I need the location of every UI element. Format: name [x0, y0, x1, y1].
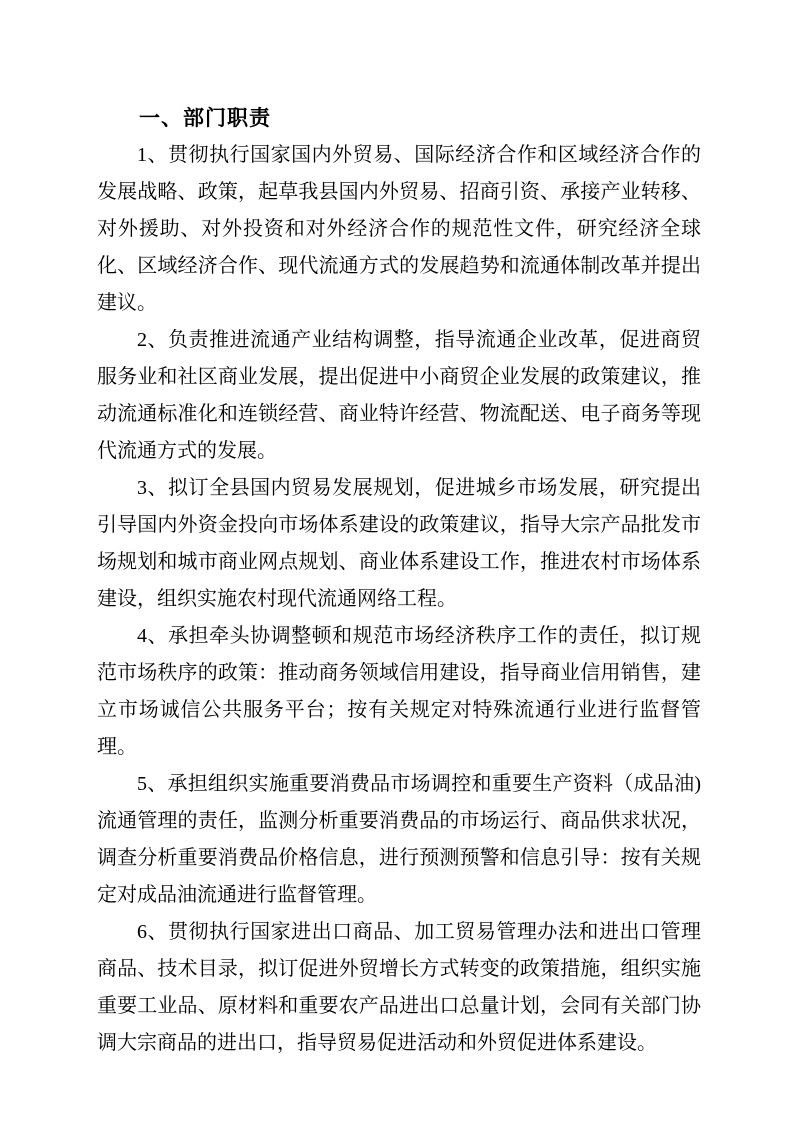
paragraph-1: 1、贯彻执行国家国内外贸易、国际经济合作和区域经济合作的发展战略、政策，起草我县… — [97, 137, 701, 322]
paragraph-5: 5、承担组织实施重要消费品市场调控和重要生产资料（成品油)流通管理的责任，监测分… — [97, 766, 701, 914]
section-title: 一、部门职责 — [97, 100, 701, 137]
paragraph-3: 3、拟订全县国内贸易发展规划，促进城乡市场发展，研究提出引导国内外资金投向市场体… — [97, 470, 701, 618]
paragraph-4: 4、承担牵头协调整顿和规范市场经济秩序工作的责任，拟订规范市场秩序的政策：推动商… — [97, 618, 701, 766]
paragraph-2: 2、负责推进流通产业结构调整，指导流通企业改革，促进商贸服务业和社区商业发展，提… — [97, 322, 701, 470]
document-page: 一、部门职责 1、贯彻执行国家国内外贸易、国际经济合作和区域经济合作的发展战略、… — [0, 0, 793, 1122]
paragraph-6: 6、贯彻执行国家进出口商品、加工贸易管理办法和进出口管理商品、技术目录，拟订促进… — [97, 914, 701, 1062]
document-content: 一、部门职责 1、贯彻执行国家国内外贸易、国际经济合作和区域经济合作的发展战略、… — [97, 100, 701, 1062]
